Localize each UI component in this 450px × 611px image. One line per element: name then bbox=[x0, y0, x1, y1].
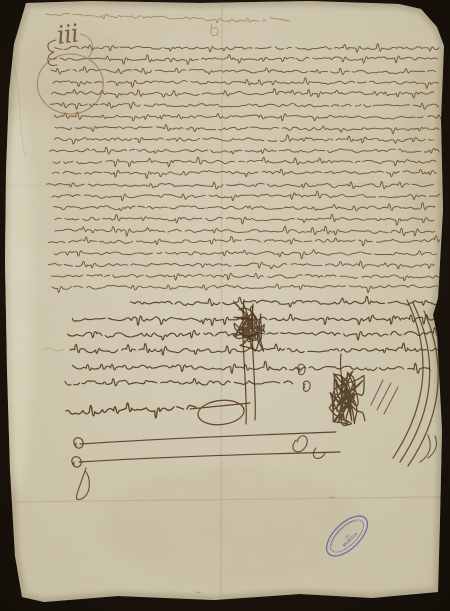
manuscript-photo: iii ARCHIVO MUNICIPAL DE MURCIA bbox=[0, 0, 450, 611]
paper-grain-texture bbox=[0, 0, 450, 611]
manuscript-scan-svg: iii ARCHIVO MUNICIPAL DE MURCIA bbox=[0, 0, 450, 611]
